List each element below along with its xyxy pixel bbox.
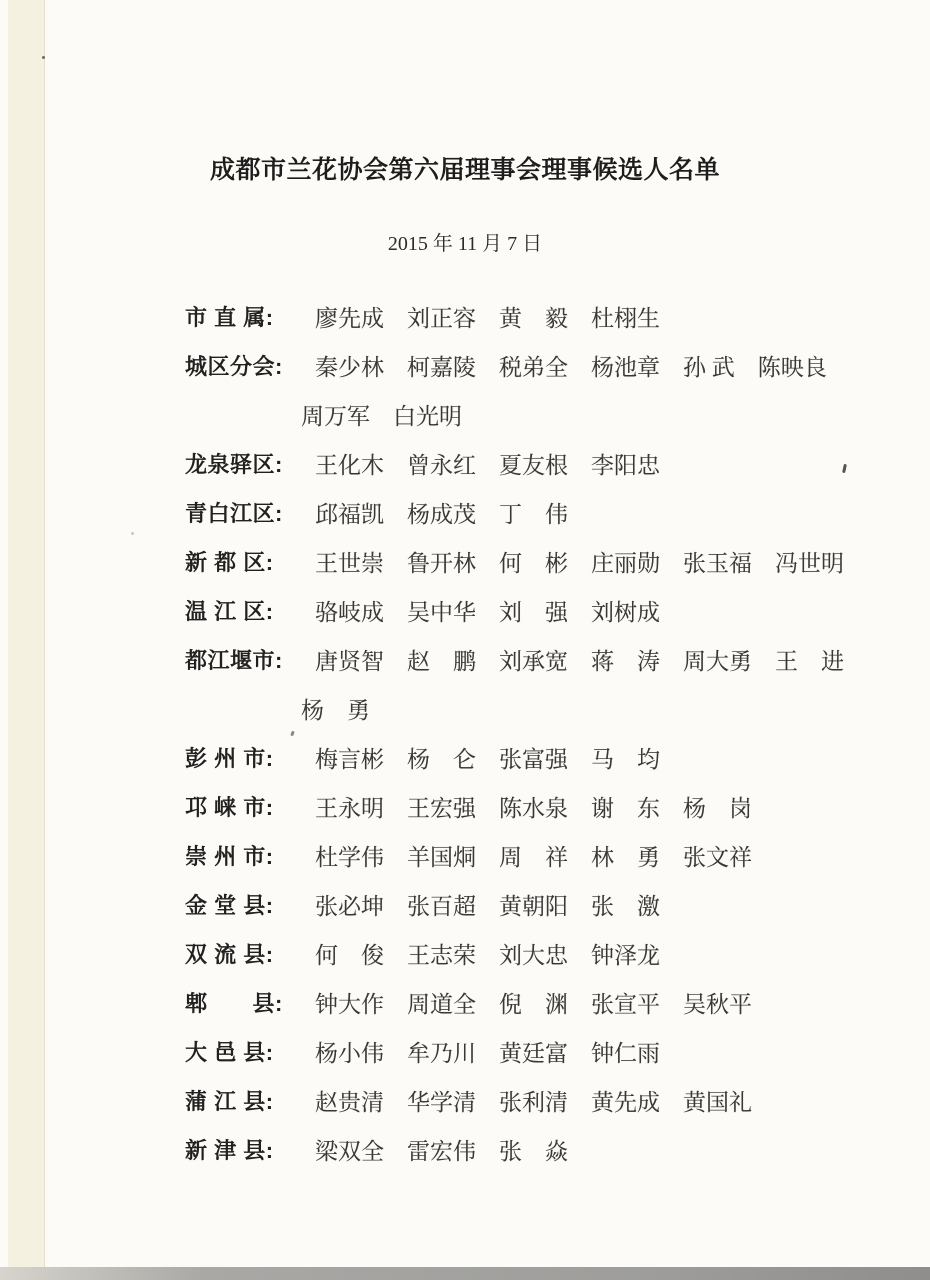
candidate-name: 华学清 <box>407 1084 476 1117</box>
names-group: 杨小伟牟乃川黄廷富钟仁雨 <box>315 1035 683 1068</box>
names-group: 邱福凯杨成茂丁 伟 <box>315 496 591 529</box>
names-group: 梅言彬杨 仑张富强马 均 <box>315 741 683 774</box>
candidate-name: 孙 武 <box>683 349 735 382</box>
names-group: 廖先成刘正容黄 毅杜栩生 <box>315 300 683 333</box>
candidate-name: 梅言彬 <box>315 741 384 774</box>
candidate-name: 庄丽勋 <box>591 545 660 578</box>
candidate-name: 刘正容 <box>407 300 476 333</box>
candidate-name: 张百超 <box>407 888 476 921</box>
list-row: 温 江 区:骆岐成吴中华刘 强刘树成 <box>185 586 890 635</box>
candidate-name: 邱福凯 <box>315 496 384 529</box>
candidate-name: 牟乃川 <box>407 1035 476 1068</box>
candidate-name: 王 进 <box>775 643 844 676</box>
list-row: 都江堰市:唐贤智赵 鹏刘承宽蒋 涛周大勇王 进 <box>185 635 890 684</box>
names-group: 何 俊王志荣刘大忠钟泽龙 <box>315 937 683 970</box>
candidate-name: 冯世明 <box>775 545 844 578</box>
candidate-name: 杨成茂 <box>407 496 476 529</box>
district-label: 新 都 区: <box>185 546 315 577</box>
list-row: 新 都 区:王世崇鲁开林何 彬庄丽勋张玉福冯世明 <box>185 537 890 586</box>
candidate-name: 骆岐成 <box>315 594 384 627</box>
names-group: 张必坤张百超黄朝阳张 激 <box>315 888 683 921</box>
candidate-name: 谢 东 <box>591 790 660 823</box>
candidate-name: 王化木 <box>315 447 384 480</box>
district-label: 崇 州 市: <box>185 840 315 871</box>
list-row: 龙泉驿区:王化木曾永红夏友根李阳忠 <box>185 439 890 488</box>
candidate-name: 秦少林 <box>315 349 384 382</box>
candidate-name: 黄先成 <box>591 1084 660 1117</box>
candidate-name: 夏友根 <box>499 447 568 480</box>
candidate-name: 羊国烔 <box>407 839 476 872</box>
list-row: 青白江区:邱福凯杨成茂丁 伟 <box>185 488 890 537</box>
candidate-name: 黄廷富 <box>499 1035 568 1068</box>
candidate-name: 黄 毅 <box>499 300 568 333</box>
candidate-name: 林 勇 <box>591 839 660 872</box>
page-title: 成都市兰花协会第六届理事会理事候选人名单 <box>0 150 930 186</box>
district-label: 龙泉驿区: <box>185 448 315 479</box>
candidate-name: 刘大忠 <box>499 937 568 970</box>
names-group: 钟大作周道全倪 渊张宣平吴秋平 <box>315 986 775 1019</box>
candidate-name: 王世崇 <box>315 545 384 578</box>
candidate-name: 张 激 <box>591 888 660 921</box>
candidate-name: 杨 仑 <box>407 741 476 774</box>
candidate-name: 杨 岗 <box>683 790 752 823</box>
candidate-name: 刘 强 <box>499 594 568 627</box>
district-label: 金 堂 县: <box>185 889 315 920</box>
names-group: 王永明王宏强陈水泉谢 东杨 岗 <box>315 790 775 823</box>
district-label: 双 流 县: <box>185 938 315 969</box>
scan-speck <box>42 56 45 59</box>
scan-left-edge <box>8 0 45 1268</box>
candidate-name: 张宣平 <box>591 986 660 1019</box>
candidate-name: 张利清 <box>499 1084 568 1117</box>
district-label: 蒲 江 县: <box>185 1085 315 1116</box>
list-row: 郫 县:钟大作周道全倪 渊张宣平吴秋平 <box>185 978 890 1027</box>
candidate-name: 丁 伟 <box>499 496 568 529</box>
names-group: 周万军白光明 <box>301 398 485 431</box>
district-label: 大 邑 县: <box>185 1036 315 1067</box>
candidate-name: 王志荣 <box>407 937 476 970</box>
list-row: 彭 州 市:梅言彬杨 仑张富强马 均 <box>185 733 890 782</box>
list-row: 邛 崃 市:王永明王宏强陈水泉谢 东杨 岗 <box>185 782 890 831</box>
candidate-name: 吴中华 <box>407 594 476 627</box>
document-date: 2015 年 11 月 7 日 <box>0 227 930 256</box>
list-row-continuation: 周万军白光明 <box>185 390 890 439</box>
district-label: 新 津 县: <box>185 1134 315 1165</box>
candidate-name: 张 焱 <box>499 1133 568 1166</box>
candidate-name: 马 均 <box>591 741 660 774</box>
candidate-name: 赵贵清 <box>315 1084 384 1117</box>
candidate-name: 周 祥 <box>499 839 568 872</box>
candidate-name: 杨池章 <box>591 349 660 382</box>
names-group: 王世崇鲁开林何 彬庄丽勋张玉福冯世明 <box>315 545 867 578</box>
district-label: 彭 州 市: <box>185 742 315 773</box>
scan-bottom-edge <box>0 1267 930 1280</box>
list-row: 新 津 县:梁双全雷宏伟张 焱 <box>185 1125 890 1174</box>
candidate-name: 杜学伟 <box>315 839 384 872</box>
candidate-name: 曾永红 <box>407 447 476 480</box>
candidate-name: 张文祥 <box>683 839 752 872</box>
candidate-name: 蒋 涛 <box>591 643 660 676</box>
names-group: 唐贤智赵 鹏刘承宽蒋 涛周大勇王 进 <box>315 643 867 676</box>
names-group: 骆岐成吴中华刘 强刘树成 <box>315 594 683 627</box>
candidate-name: 鲁开林 <box>407 545 476 578</box>
names-group: 杜学伟羊国烔周 祥林 勇张文祥 <box>315 839 775 872</box>
candidate-name: 周大勇 <box>683 643 752 676</box>
candidate-name: 白光明 <box>393 398 462 431</box>
district-label: 青白江区: <box>185 497 315 528</box>
candidate-name: 周道全 <box>407 986 476 1019</box>
candidate-name: 刘树成 <box>591 594 660 627</box>
candidate-name: 杨 勇 <box>301 692 370 725</box>
list-row: 大 邑 县:杨小伟牟乃川黄廷富钟仁雨 <box>185 1027 890 1076</box>
candidate-name: 唐贤智 <box>315 643 384 676</box>
candidate-name: 黄国礼 <box>683 1084 752 1117</box>
candidate-name: 王宏强 <box>407 790 476 823</box>
list-row: 双 流 县:何 俊王志荣刘大忠钟泽龙 <box>185 929 890 978</box>
district-label: 郫 县: <box>185 987 315 1018</box>
candidate-name: 钟大作 <box>315 986 384 1019</box>
candidate-name: 吴秋平 <box>683 986 752 1019</box>
names-group: 秦少林柯嘉陵税弟全杨池章孙 武陈映良 <box>315 349 850 382</box>
candidate-name: 柯嘉陵 <box>407 349 476 382</box>
list-row: 金 堂 县:张必坤张百超黄朝阳张 激 <box>185 880 890 929</box>
candidate-name: 张必坤 <box>315 888 384 921</box>
candidate-name: 杜栩生 <box>591 300 660 333</box>
district-label: 温 江 区: <box>185 595 315 626</box>
district-label: 邛 崃 市: <box>185 791 315 822</box>
candidate-name: 张富强 <box>499 741 568 774</box>
names-group: 杨 勇 <box>301 692 393 725</box>
candidate-name: 刘承宽 <box>499 643 568 676</box>
list-row: 城区分会:秦少林柯嘉陵税弟全杨池章孙 武陈映良 <box>185 341 890 390</box>
candidate-name: 杨小伟 <box>315 1035 384 1068</box>
candidate-name: 钟仁雨 <box>591 1035 660 1068</box>
candidate-name: 黄朝阳 <box>499 888 568 921</box>
candidate-name: 赵 鹏 <box>407 643 476 676</box>
district-label: 都江堰市: <box>185 644 315 675</box>
candidate-name: 王永明 <box>315 790 384 823</box>
scanned-page: 成都市兰花协会第六届理事会理事候选人名单 2015 年 11 月 7 日 市 直… <box>0 0 930 1280</box>
names-group: 赵贵清华学清张利清黄先成黄国礼 <box>315 1084 775 1117</box>
candidate-name: 周万军 <box>301 398 370 431</box>
candidate-name: 廖先成 <box>315 300 384 333</box>
list-row: 蒲 江 县:赵贵清华学清张利清黄先成黄国礼 <box>185 1076 890 1125</box>
candidate-name: 何 彬 <box>499 545 568 578</box>
candidate-name: 倪 渊 <box>499 986 568 1019</box>
candidate-name: 钟泽龙 <box>591 937 660 970</box>
list-row-continuation: 杨 勇 <box>185 684 890 733</box>
district-label: 市 直 属: <box>185 301 315 332</box>
candidate-name: 雷宏伟 <box>407 1133 476 1166</box>
candidate-name: 何 俊 <box>315 937 384 970</box>
candidate-name: 张玉福 <box>683 545 752 578</box>
candidate-name: 陈映良 <box>758 349 827 382</box>
scan-speck <box>131 532 134 535</box>
candidate-name: 税弟全 <box>499 349 568 382</box>
candidate-name: 梁双全 <box>315 1133 384 1166</box>
names-group: 梁双全雷宏伟张 焱 <box>315 1133 591 1166</box>
list-row: 崇 州 市:杜学伟羊国烔周 祥林 勇张文祥 <box>185 831 890 880</box>
candidate-name: 陈水泉 <box>499 790 568 823</box>
names-group: 王化木曾永红夏友根李阳忠 <box>315 447 683 480</box>
candidate-name: 李阳忠 <box>591 447 660 480</box>
district-label: 城区分会: <box>185 350 315 381</box>
list-row: 市 直 属:廖先成刘正容黄 毅杜栩生 <box>185 292 890 341</box>
